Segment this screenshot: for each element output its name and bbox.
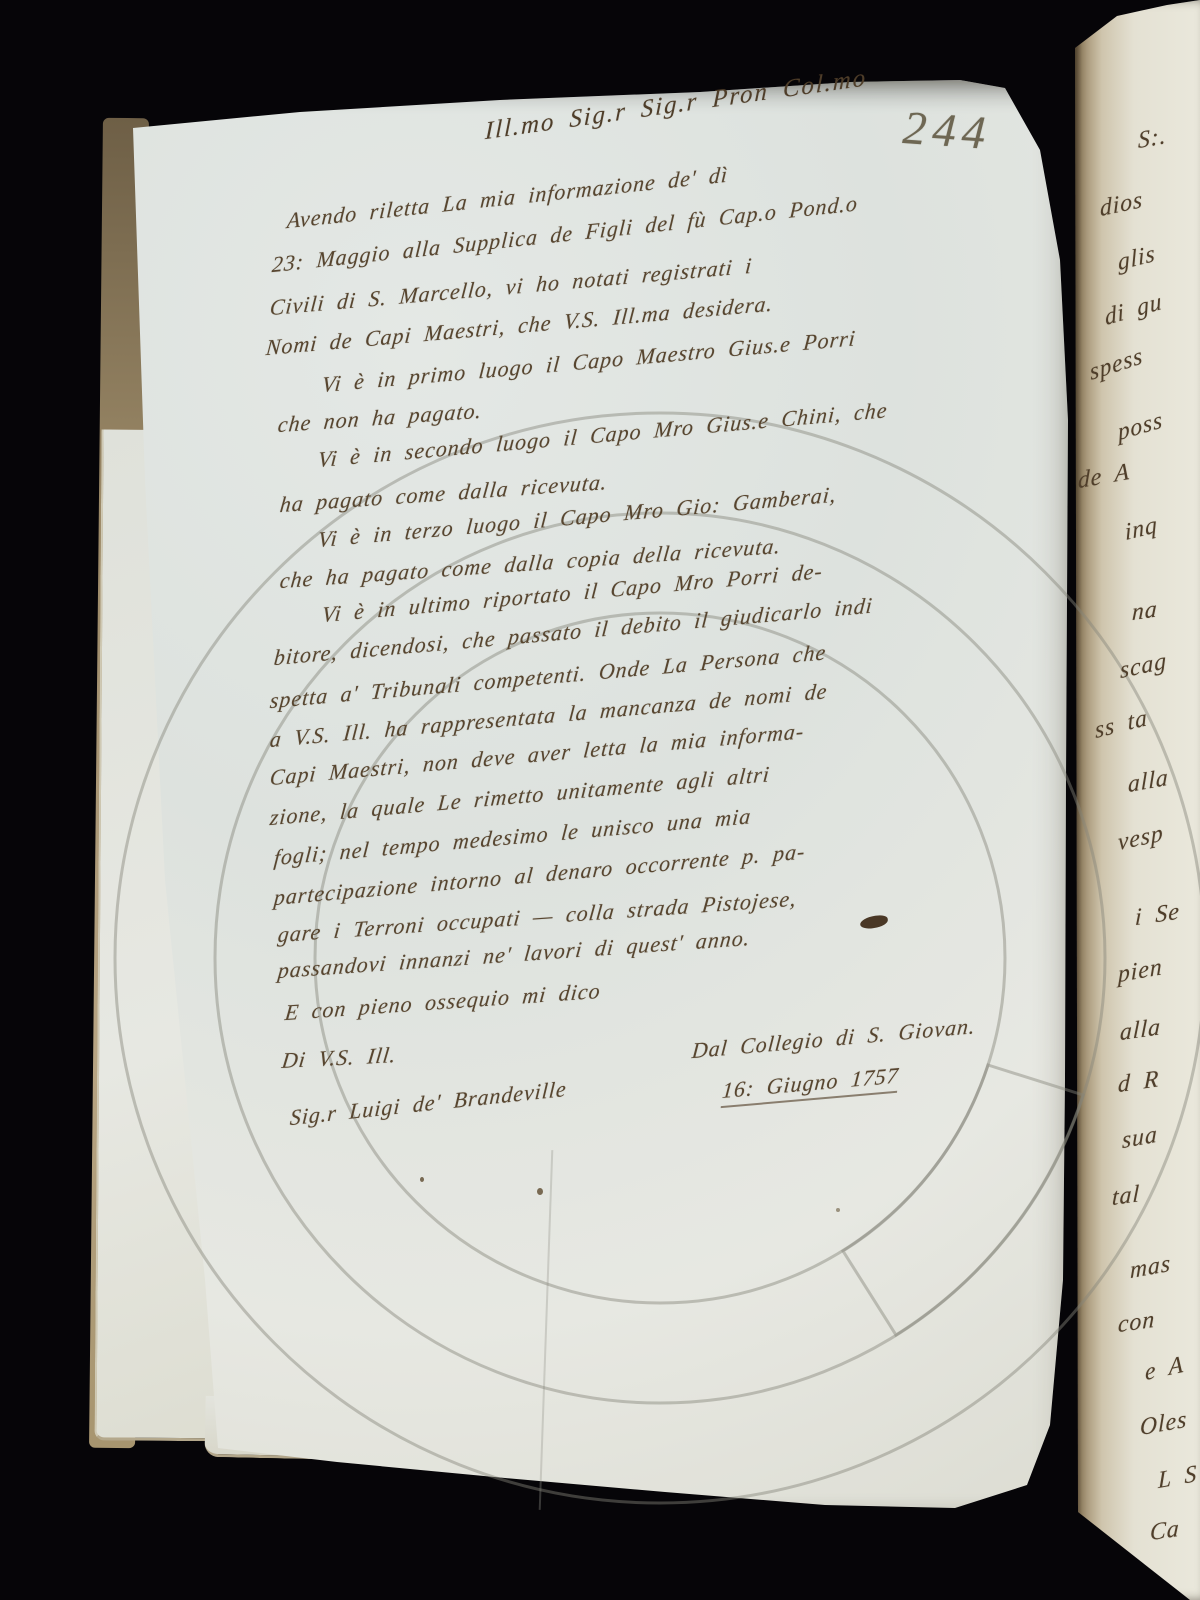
manuscript-photo: 244 Ill.mo Sig.r Sig.r Pron Col.moAvendo…	[0, 0, 1200, 1600]
manuscript-right-page-edge	[1072, 0, 1200, 1600]
manuscript-left-page	[105, 80, 1080, 1525]
